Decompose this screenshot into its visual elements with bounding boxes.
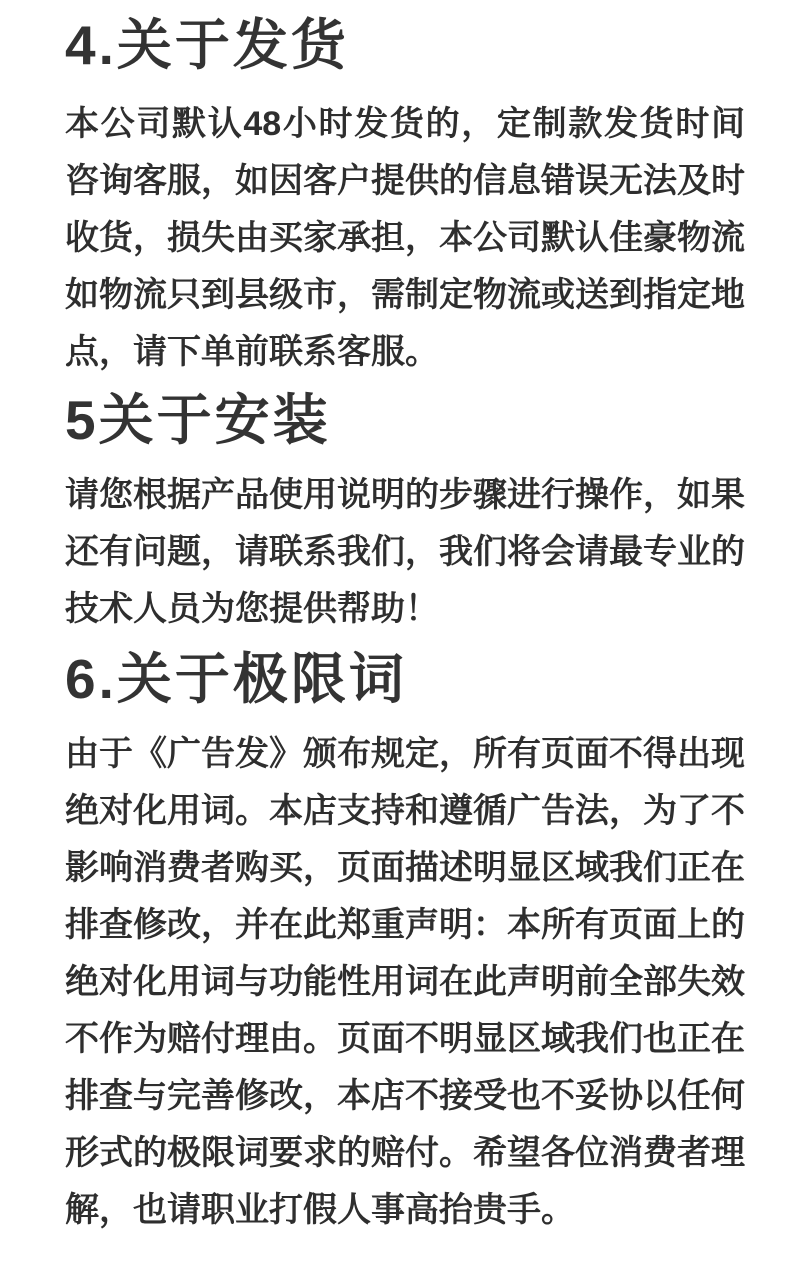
- text-line: 解，也请职业打假人事高抬贵手。: [65, 1182, 745, 1239]
- text-line: 点，请下单前联系客服。: [65, 324, 745, 381]
- shipping-paragraph: 本公司默认48小时发货的，定制款发货时间请 咨询客服，如因客户提供的信息错误无法…: [65, 96, 745, 381]
- text-line: 由于《广告发》颁布规定，所有页面不得出现: [65, 726, 745, 783]
- section-shipping: 4.关于发货 本公司默认48小时发货的，定制款发货时间请 咨询客服，如因客户提供…: [65, 12, 745, 381]
- limit-words-heading: 6.关于极限词: [65, 646, 745, 712]
- text-line: 还有问题，请联系我们，我们将会请最专业的: [65, 524, 745, 581]
- text-line: 咨询客服，如因客户提供的信息错误无法及时: [65, 153, 745, 210]
- text-line: 排查修改，并在此郑重声明：本所有页面上的: [65, 897, 745, 954]
- text-line: 绝对化用词与功能性用词在此声明前全部失效: [65, 954, 745, 1011]
- install-paragraph: 请您根据产品使用说明的步骤进行操作，如果 还有问题，请联系我们，我们将会请最专业…: [65, 467, 745, 638]
- text-line: 形式的极限词要求的赔付。希望各位消费者理: [65, 1125, 745, 1182]
- section-install: 5关于安装 请您根据产品使用说明的步骤进行操作，如果 还有问题，请联系我们，我们…: [65, 387, 745, 638]
- text-line: 本公司默认48小时发货的，定制款发货时间请: [65, 96, 745, 153]
- text-line: 请您根据产品使用说明的步骤进行操作，如果: [65, 467, 745, 524]
- text-line: 技术人员为您提供帮助！: [65, 581, 745, 638]
- text-line: 排查与完善修改，本店不接受也不妥协以任何: [65, 1068, 745, 1125]
- text-line: 收货，损失由买家承担，本公司默认佳豪物流: [65, 210, 745, 267]
- text-line: 影响消费者购买，页面描述明显区域我们正在: [65, 840, 745, 897]
- limit-words-paragraph: 由于《广告发》颁布规定，所有页面不得出现 绝对化用词。本店支持和遵循广告法，为了…: [65, 726, 745, 1239]
- page: { "page": { "background_color": "#ffffff…: [0, 0, 790, 1280]
- section-limit-words: 6.关于极限词 由于《广告发》颁布规定，所有页面不得出现 绝对化用词。本店支持和…: [65, 646, 745, 1239]
- text-line: 如物流只到县级市，需制定物流或送到指定地: [65, 267, 745, 324]
- product-notice-document: 4.关于发货 本公司默认48小时发货的，定制款发货时间请 咨询客服，如因客户提供…: [0, 0, 790, 1269]
- shipping-heading: 4.关于发货: [65, 12, 745, 78]
- text-line: 绝对化用词。本店支持和遵循广告法，为了不: [65, 783, 745, 840]
- text-line: 不作为赔付理由。页面不明显区域我们也正在: [65, 1011, 745, 1068]
- install-heading: 5关于安装: [65, 387, 745, 453]
